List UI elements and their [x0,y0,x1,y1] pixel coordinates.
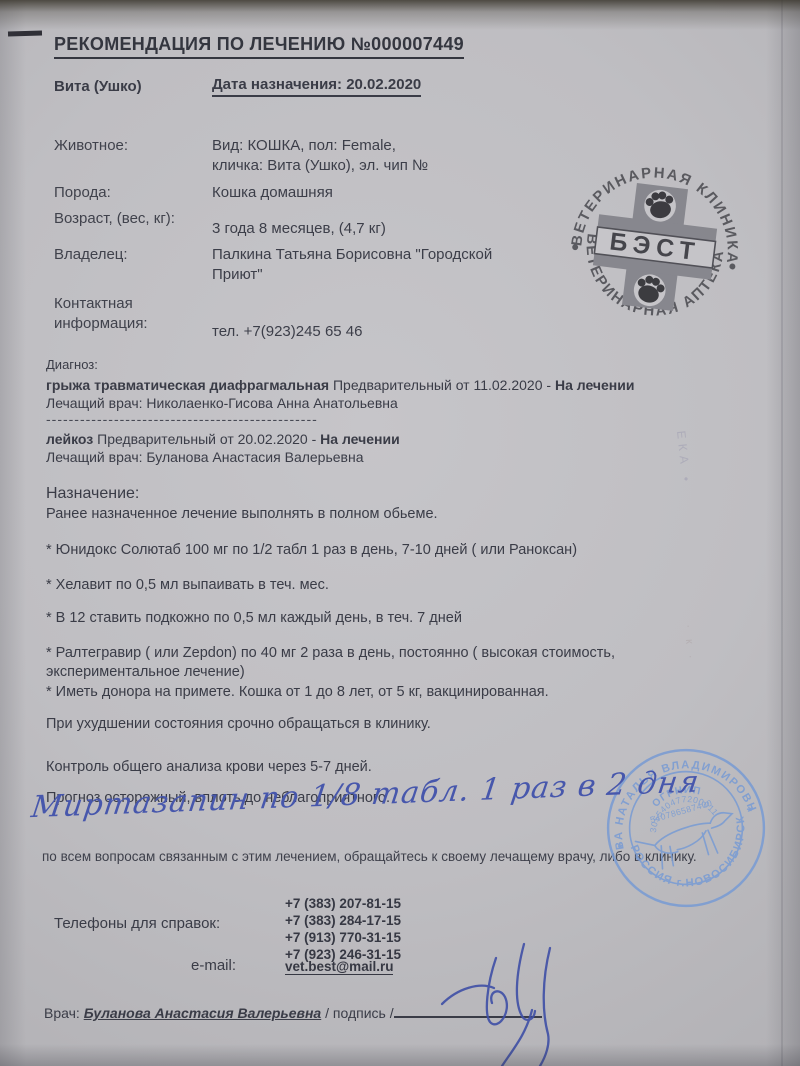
stamp-city-text: РОССИЯ г.НОВОСИБИРСК [627,813,762,904]
prescription-item: * В 12 ставить подкожно по 0,5 мл каждый… [46,609,706,628]
email-address: vet.best@mail.ru [285,959,393,975]
bleedthrough-mark: ЕКА • [674,430,694,487]
prescription-item: * Хелавит по 0,5 мл выпаивать в теч. мес… [46,576,706,595]
phone-number: +7 (383) 284-17-15 [285,912,401,929]
prescription-heading: Назначение: [46,484,706,503]
attending-doctor: Лечащий врач: Буланова Анастасия Валерье… [46,448,364,466]
diagnosis-entry: грыжа травматическая диафрагмальная Пред… [46,376,634,394]
document-page: РЕКОМЕНДАЦИЯ ПО ЛЕЧЕНИЮ №000007449 Вита … [0,0,800,1066]
row-label: Владелец: [54,245,212,286]
row-label: Порода: [54,183,212,203]
row-value: Палкина Татьяна Борисовна "Городской При… [212,245,512,286]
table-row: Контактная информация: тел. +7(923)245 6… [54,294,614,342]
table-row: Возраст, (вес, кг): 3 года 8 месяцев, (4… [54,209,614,239]
row-label: Животное: [54,136,212,177]
prescription-item: * Юнидокс Солютаб 100 мг по 1/2 табл 1 р… [46,541,706,560]
prescription-item: * Иметь донора на примете. Кошка от 1 до… [46,683,706,702]
row-label: Возраст, (вес, кг): [54,209,184,239]
diagnosis-label: Диагноз: [46,356,98,374]
table-row: Порода: Кошка домашняя [54,183,614,203]
doctor-name: Буланова Анастасия Валерьевна [84,1005,322,1021]
row-value: 3 года 8 месяцев, (4,7 кг) [212,209,386,239]
row-value: тел. +7(923)245 65 46 [212,294,362,342]
table-row: Владелец: Палкина Татьяна Борисовна "Гор… [54,245,614,286]
prescription-intro: Ранее назначенное лечение выполнять в по… [46,505,706,524]
signature-scribble [432,940,572,1066]
row-label: Контактная информация: [54,294,174,342]
prescription-note: При ухудшении состояния срочно обращатьс… [46,715,706,734]
doctor-label: Врач: [44,1005,80,1021]
table-row: Животное: Вид: КОШКА, пол: Female, кличк… [54,136,614,177]
patient-name: Вита (Ушко) [54,78,142,95]
paper-edge [781,0,783,1066]
email-label: e-mail: [191,957,236,974]
phone-number: +7 (383) 207-81-15 [285,895,401,912]
page-title: РЕКОМЕНДАЦИЯ ПО ЛЕЧЕНИЮ №000007449 [54,34,464,59]
phones-label: Телефоны для справок: [54,915,220,932]
row-value: Вид: КОШКА, пол: Female, кличка: Вита (У… [212,136,447,177]
phone-list: +7 (383) 207-81-15 +7 (383) 284-17-15 +7… [285,895,401,963]
prescription-item: * Ралтегравир ( или Zepdon) по 40 мг 2 р… [46,644,706,682]
pen-mark [8,31,42,37]
separator-dashes: ----------------------------------------… [46,410,318,428]
prescription-date: Дата назначения: 20.02.2020 [212,76,421,97]
signature-label: / подпись / [325,1005,393,1021]
phone-number: +7 (913) 770-31-15 [285,929,401,946]
row-value: Кошка домашняя [212,183,333,203]
animal-info-table: Животное: Вид: КОШКА, пол: Female, кличк… [54,136,614,342]
diagnosis-entry: лейкоз Предварительный от 20.02.2020 - Н… [46,430,400,448]
